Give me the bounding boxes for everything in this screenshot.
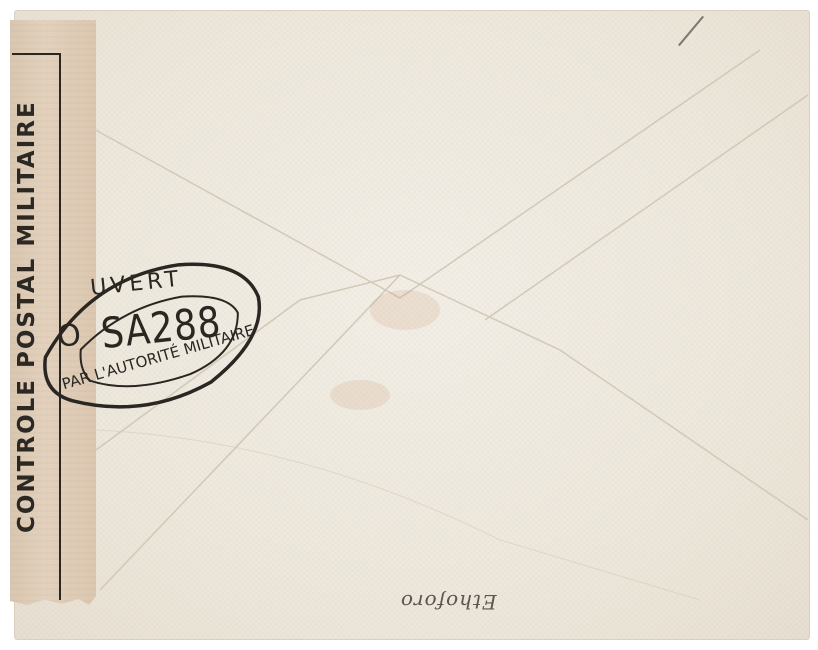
stain — [330, 380, 390, 410]
censor-frame-border — [12, 53, 60, 55]
handwritten-note: Ethoforo — [400, 590, 497, 614]
censor-stamp: O UVERT SA288 PAR L'AUTORITÉ MILITAIRE — [29, 250, 276, 425]
stain — [370, 290, 440, 330]
stamp-left-letter: O — [56, 318, 83, 355]
